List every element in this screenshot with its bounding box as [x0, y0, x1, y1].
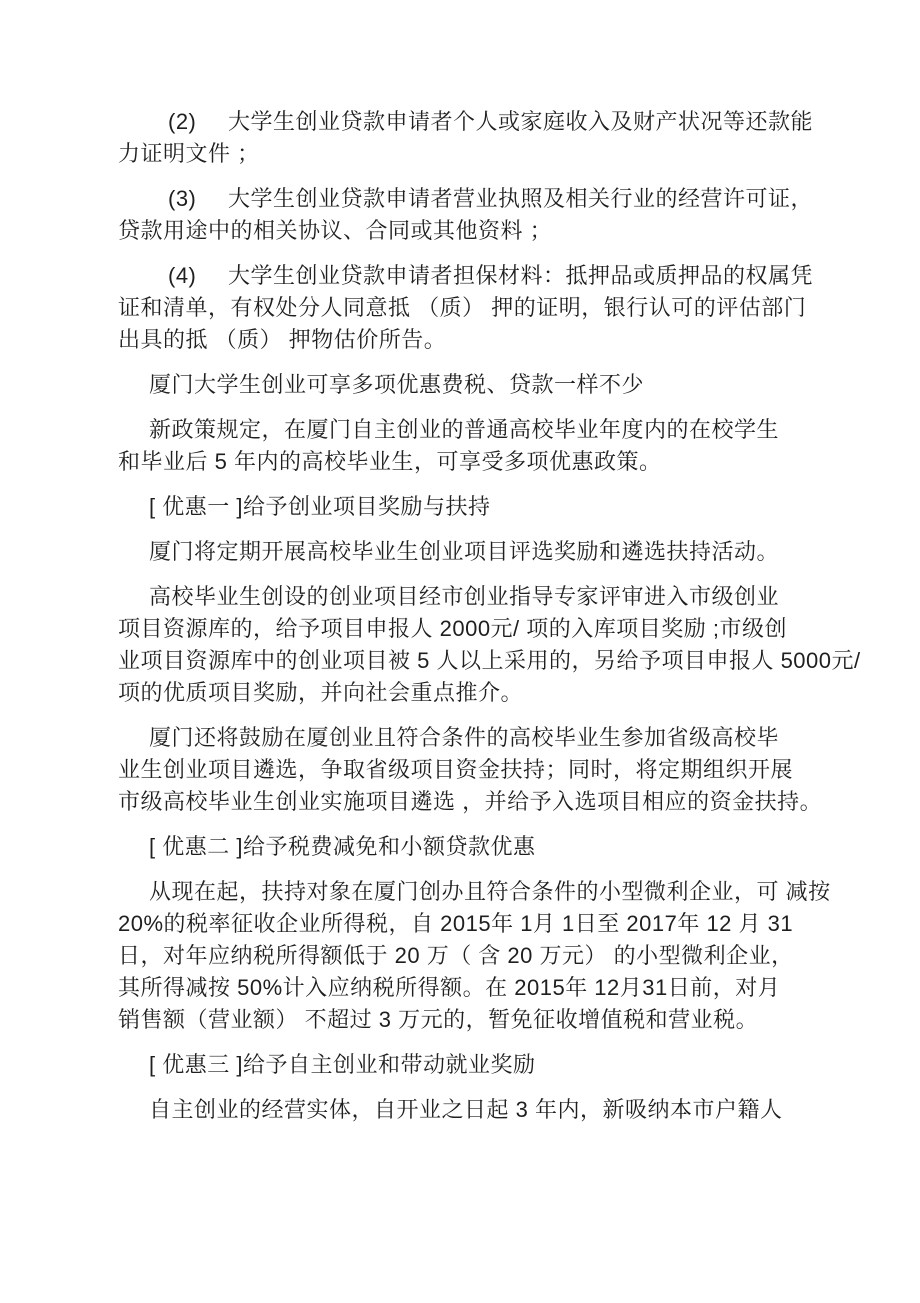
text-line: 业项目资源库中的创业项目被 5 人以上采用的，另给予项目申报人 5000元/: [118, 645, 810, 677]
text-run: 厦门大学生创业可享多项优惠费税、贷款一样不少: [149, 372, 644, 397]
text-run: 自主创业的经营实体，自开业之日起 3 年内，新吸纳本市户籍人: [149, 1097, 782, 1122]
paragraph: 从现在起，扶持对象在厦门创办且符合条件的小型微利企业，可 减按20%的税率征收企…: [118, 876, 810, 1036]
paragraph: [ 优惠二 ]给予税费减免和小额贷款优惠: [118, 831, 810, 863]
text-run: 从现在起，扶持对象在厦门创办且符合条件的小型微利企业，可 减按: [149, 879, 831, 904]
text-line: 出具的抵 （质） 押物估价所告。: [118, 324, 810, 356]
text-run: 证和清单，有权处分人同意抵 （质） 押的证明，银行认可的评估部门: [118, 295, 806, 320]
paragraph: 厦门大学生创业可享多项优惠费税、贷款一样不少: [118, 369, 810, 401]
paragraph: (3)大学生创业贷款申请者营业执照及相关行业的经营许可证，贷款用途中的相关协议、…: [118, 183, 810, 247]
paragraph: (4)大学生创业贷款申请者担保材料：抵押品或质押品的权属凭证和清单，有权处分人同…: [118, 260, 810, 356]
list-item-marker: (3): [168, 183, 228, 215]
text-run: 市级高校毕业生创业实施项目遴选 ，并给予入选项目相应的资金扶持。: [118, 789, 822, 814]
text-run: 新政策规定，在厦门自主创业的普通高校毕业年度内的在校学生: [149, 417, 779, 442]
text-line: (3)大学生创业贷款申请者营业执照及相关行业的经营许可证，: [118, 183, 810, 215]
list-item-marker: (2): [168, 106, 228, 138]
paragraph: 厦门还将鼓励在厦创业且符合条件的高校毕业生参加省级高校毕业生创业项目遴选，争取省…: [118, 722, 810, 818]
paragraph: [ 优惠三 ]给予自主创业和带动就业奖励: [118, 1049, 810, 1081]
text-run: 业生创业项目遴选，争取省级项目资金扶持；同时，将定期组织开展: [118, 757, 793, 782]
text-line: 市级高校毕业生创业实施项目遴选 ，并给予入选项目相应的资金扶持。: [118, 786, 810, 818]
text-run: 业项目资源库中的创业项目被 5 人以上采用的，另给予项目申报人 5000元/: [118, 648, 861, 673]
paragraph: 厦门将定期开展高校毕业生创业项目评选奖励和遴选扶持活动。: [118, 536, 810, 568]
text-line: 厦门大学生创业可享多项优惠费税、贷款一样不少: [118, 369, 810, 401]
text-line: 项目资源库的，给予项目申报人 2000元/ 项的入库项目奖励 ;市级创: [118, 613, 810, 645]
text-line: 高校毕业生创设的创业项目经市创业指导专家评审进入市级创业: [118, 581, 810, 613]
list-item-marker: (4): [168, 260, 228, 292]
text-run: 其所得减按 50%计入应纳税所得额。在 2015年 12月31日前，对月: [118, 975, 780, 1000]
document-content: (2)大学生创业贷款申请者个人或家庭收入及财产状况等还款能力证明文件 ；(3)大…: [0, 0, 920, 1126]
text-run: 厦门将定期开展高校毕业生创业项目评选奖励和遴选扶持活动。: [149, 539, 779, 564]
text-line: 厦门将定期开展高校毕业生创业项目评选奖励和遴选扶持活动。: [118, 536, 810, 568]
text-run: 出具的抵 （质） 押物估价所告。: [118, 327, 446, 352]
text-run: 贷款用途中的相关协议、合同或其他资料 ；: [118, 218, 552, 243]
text-line: 20%的税率征收企业所得税，自 2015年 1月 1日至 2017年 12 月 …: [118, 908, 810, 940]
text-line: 自主创业的经营实体，自开业之日起 3 年内，新吸纳本市户籍人: [118, 1094, 810, 1126]
text-line: 其所得减按 50%计入应纳税所得额。在 2015年 12月31日前，对月: [118, 972, 810, 1004]
text-run: [ 优惠一 ]给予创业项目奖励与扶持: [149, 494, 490, 519]
text-line: 从现在起，扶持对象在厦门创办且符合条件的小型微利企业，可 减按: [118, 876, 810, 908]
text-run: 力证明文件 ；: [118, 141, 260, 166]
text-run: 20%的税率征收企业所得税，自 2015年 1月 1日至 2017年 12 月 …: [118, 911, 793, 936]
text-run: 大学生创业贷款申请者担保材料：抵押品或质押品的权属凭: [228, 263, 813, 288]
paragraph: [ 优惠一 ]给予创业项目奖励与扶持: [118, 491, 810, 523]
text-run: 和毕业后 5 年内的高校毕业生，可享受多项优惠政策。: [118, 449, 661, 474]
text-line: 贷款用途中的相关协议、合同或其他资料 ；: [118, 215, 810, 247]
text-line: 证和清单，有权处分人同意抵 （质） 押的证明，银行认可的评估部门: [118, 292, 810, 324]
paragraph: 自主创业的经营实体，自开业之日起 3 年内，新吸纳本市户籍人: [118, 1094, 810, 1126]
text-line: (4)大学生创业贷款申请者担保材料：抵押品或质押品的权属凭: [118, 260, 810, 292]
text-run: 厦门还将鼓励在厦创业且符合条件的高校毕业生参加省级高校毕: [149, 725, 779, 750]
text-line: [ 优惠一 ]给予创业项目奖励与扶持: [118, 491, 810, 523]
paragraph: 新政策规定，在厦门自主创业的普通高校毕业年度内的在校学生和毕业后 5 年内的高校…: [118, 414, 810, 478]
text-run: 大学生创业贷款申请者营业执照及相关行业的经营许可证，: [228, 186, 813, 211]
text-line: (2)大学生创业贷款申请者个人或家庭收入及财产状况等还款能: [118, 106, 810, 138]
text-run: 日，对年应纳税所得额低于 20 万（ 含 20 万元） 的小型微利企业，: [118, 943, 794, 968]
text-run: 项目资源库的，给予项目申报人 2000元/ 项的入库项目奖励 ;市级创: [118, 616, 787, 641]
paragraph: (2)大学生创业贷款申请者个人或家庭收入及财产状况等还款能力证明文件 ；: [118, 106, 810, 170]
text-run: 销售额（营业额） 不超过 3 万元的，暂免征收增值税和营业税。: [118, 1007, 758, 1032]
text-line: 业生创业项目遴选，争取省级项目资金扶持；同时，将定期组织开展: [118, 754, 810, 786]
text-line: 和毕业后 5 年内的高校毕业生，可享受多项优惠政策。: [118, 446, 810, 478]
text-run: 高校毕业生创设的创业项目经市创业指导专家评审进入市级创业: [149, 584, 779, 609]
text-line: 厦门还将鼓励在厦创业且符合条件的高校毕业生参加省级高校毕: [118, 722, 810, 754]
document-page: (2)大学生创业贷款申请者个人或家庭收入及财产状况等还款能力证明文件 ；(3)大…: [0, 0, 920, 1303]
text-run: 项的优质项目奖励，并向社会重点推介。: [118, 680, 523, 705]
text-run: [ 优惠二 ]给予税费减免和小额贷款优惠: [149, 834, 535, 859]
text-line: [ 优惠三 ]给予自主创业和带动就业奖励: [118, 1049, 810, 1081]
text-line: 日，对年应纳税所得额低于 20 万（ 含 20 万元） 的小型微利企业，: [118, 940, 810, 972]
text-line: 力证明文件 ；: [118, 138, 810, 170]
text-line: 销售额（营业额） 不超过 3 万元的，暂免征收增值税和营业税。: [118, 1004, 810, 1036]
text-run: 大学生创业贷款申请者个人或家庭收入及财产状况等还款能: [228, 109, 813, 134]
text-line: 新政策规定，在厦门自主创业的普通高校毕业年度内的在校学生: [118, 414, 810, 446]
text-line: 项的优质项目奖励，并向社会重点推介。: [118, 677, 810, 709]
paragraph: 高校毕业生创设的创业项目经市创业指导专家评审进入市级创业项目资源库的，给予项目申…: [118, 581, 810, 709]
text-run: [ 优惠三 ]给予自主创业和带动就业奖励: [149, 1052, 535, 1077]
text-line: [ 优惠二 ]给予税费减免和小额贷款优惠: [118, 831, 810, 863]
